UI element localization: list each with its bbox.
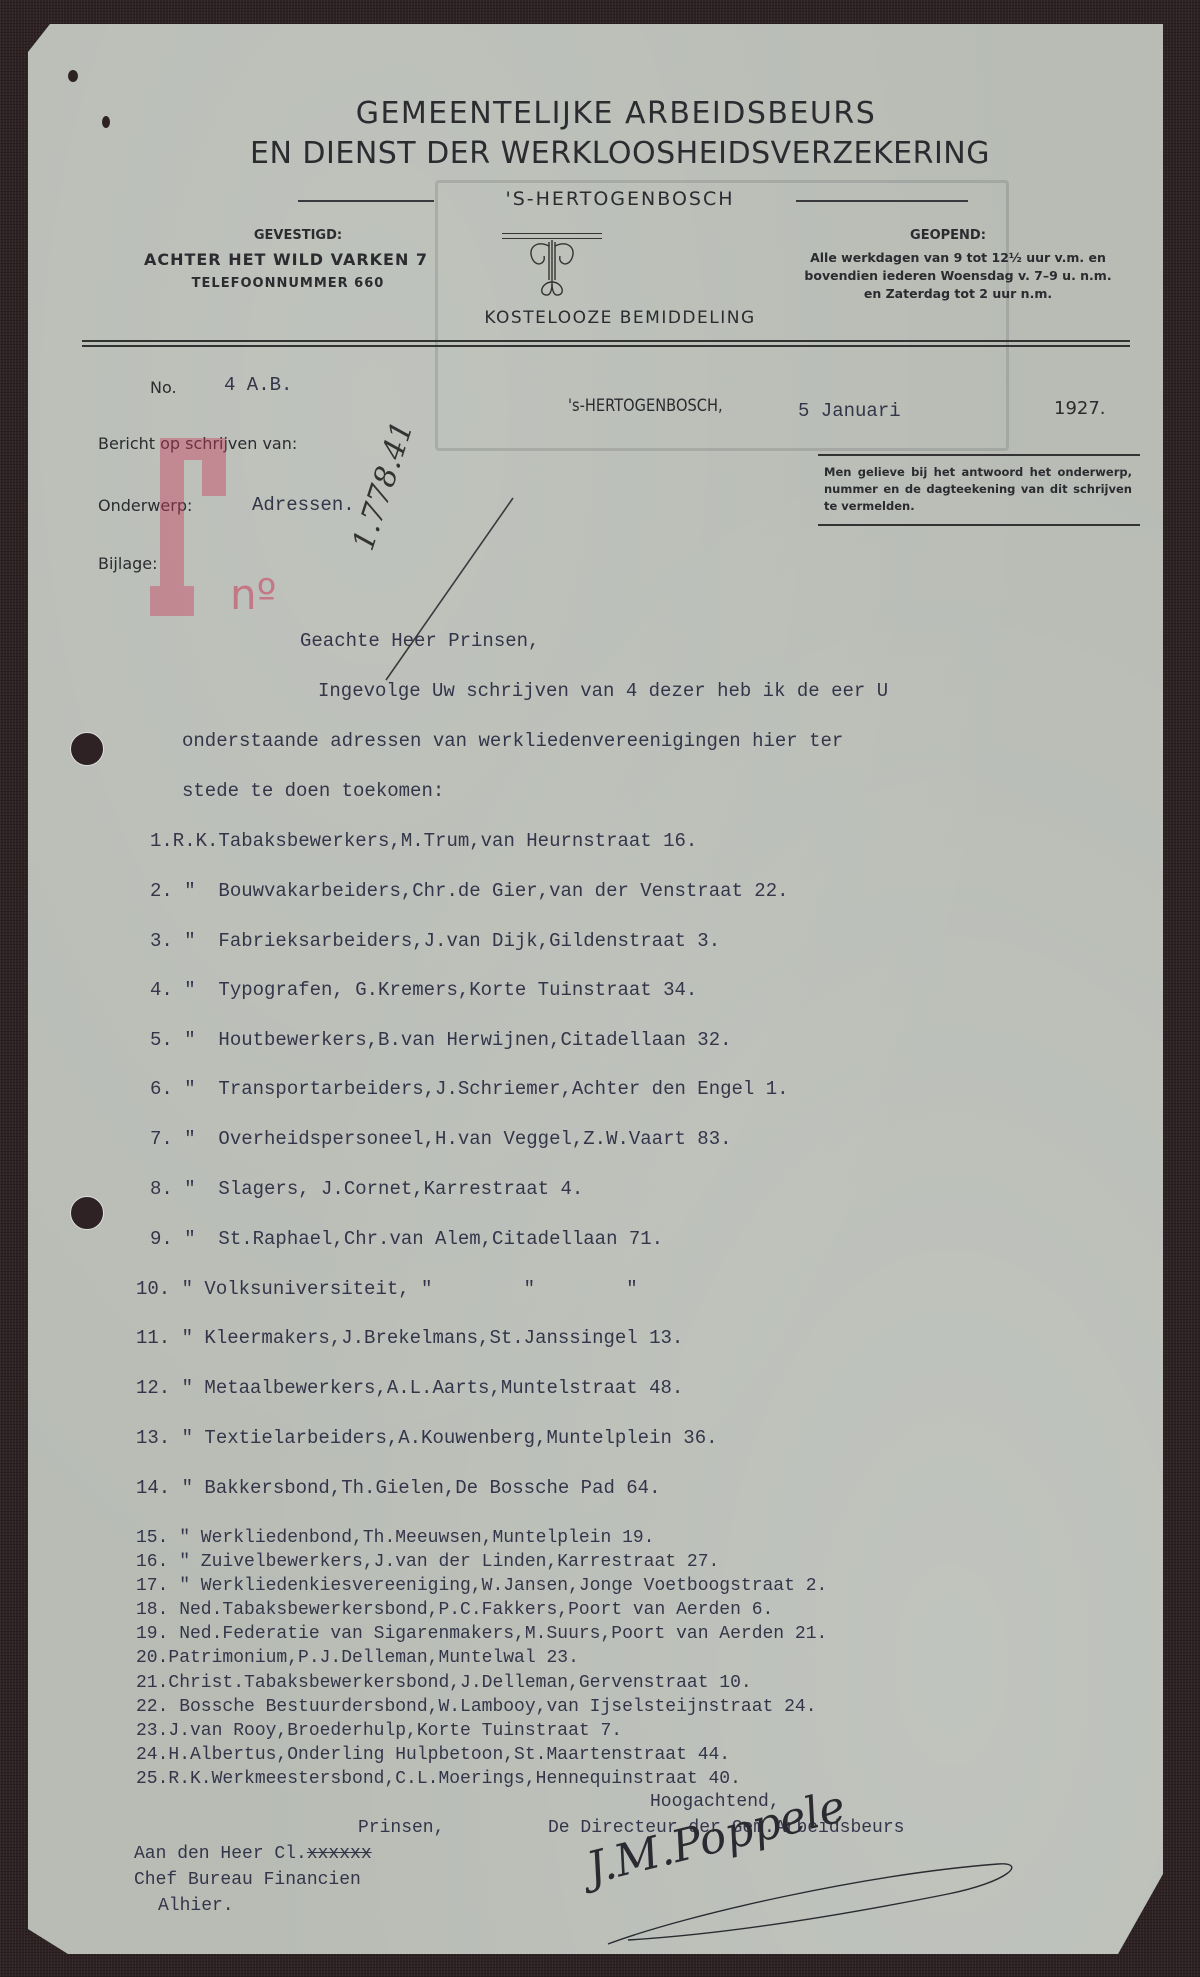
signature-flourish (568, 1854, 1018, 1964)
list-item: 13. " Textielarbeiders,A.Kouwenberg,Munt… (136, 1427, 718, 1449)
paragraph-line3: stede te doen toekomen: (182, 780, 444, 802)
letterhead-double-rule (82, 340, 1130, 347)
gevestigd-label: GEVESTIGD: (218, 228, 378, 243)
list-item: 9. " St.Raphael,Chr.van Alem,Citadellaan… (150, 1228, 663, 1250)
letterhead-title-line1: GEMEENTELIJKE ARBEIDSBEURS (28, 96, 1182, 131)
list-item: 5. " Houtbewerkers,B.van Herwijnen,Citad… (150, 1029, 732, 1051)
damage-spot (68, 70, 78, 82)
recipient-struck-name: xxxxxx (307, 1844, 372, 1864)
opening-hours-line3: en Zaterdag tot 2 uur n.m. (768, 285, 1148, 303)
letter-date: 5 Januari (798, 400, 901, 422)
notice-rule-top (818, 454, 1140, 456)
list-item: 3. " Fabrieksarbeiders,J.van Dijk,Gilden… (150, 930, 720, 952)
city-rule-right (796, 200, 968, 202)
list-item: 19. Ned.Federatie van Sigarenmakers,M.Su… (136, 1624, 827, 1644)
reply-notice: Men gelieve bij het antwoord het onderwe… (824, 464, 1132, 515)
place-label: 's-HERTOGENBOSCH, (568, 396, 723, 416)
subject-value: Adressen. (252, 494, 355, 516)
list-item: 6. " Transportarbeiders,J.Schriemer,Acht… (150, 1078, 789, 1100)
list-item: 23.J.van Rooy,Broederhulp,Korte Tuinstra… (136, 1721, 622, 1741)
list-item: 18. Ned.Tabaksbewerkersbond,P.C.Fakkers,… (136, 1600, 773, 1620)
list-item: 1.R.K.Tabaksbewerkers,M.Trum,van Heurnst… (150, 830, 697, 852)
punch-hole-bottom (70, 1196, 104, 1230)
list-item: 21.Christ.Tabaksbewerkersbond,J.Delleman… (136, 1673, 752, 1693)
service-tagline: KOSTELOOZE BEMIDDELING (28, 308, 1182, 328)
list-item: 24.H.Albertus,Onderling Hulpbetoon,St.Ma… (136, 1745, 730, 1765)
list-item: 8. " Slagers, J.Cornet,Karrestraat 4. (150, 1178, 583, 1200)
list-item: 20.Patrimonium,P.J.Delleman,Muntelwal 23… (136, 1648, 579, 1668)
opening-hours: Alle werkdagen van 9 tot 12½ uur v.m. en… (768, 249, 1148, 303)
list-item: 16. " Zuivelbewerkers,J.van der Linden,K… (136, 1552, 719, 1572)
punch-hole-top (70, 732, 104, 766)
recipient-line2: Chef Bureau Financien (134, 1870, 361, 1890)
geopend-label: GEOPEND: (878, 228, 1018, 243)
office-address: ACHTER HET WILD VARKEN 7 (106, 250, 466, 269)
list-item: 7. " Overheidspersoneel,H.van Veggel,Z.W… (150, 1128, 732, 1150)
recipient-line1: Aan den Heer Cl.xxxxxx (134, 1844, 372, 1864)
letter-page: GEMEENTELIJKE ARBEIDSBEURS EN DIENST DER… (28, 24, 1182, 1954)
list-item: 14. " Bakkersbond,Th.Gielen,De Bossche P… (136, 1477, 661, 1499)
notice-rule-bottom (818, 524, 1140, 526)
reference-number: 4 A.B. (224, 374, 292, 396)
recipient-salutation: Aan den Heer Cl. (134, 1844, 307, 1864)
salutation: Geachte Heer Prinsen, (300, 630, 539, 652)
list-item: 22. Bossche Bestuurdersbond,W.Lambooy,va… (136, 1697, 817, 1717)
list-item: 17. " Werkliedenkiesvereeniging,W.Jansen… (136, 1576, 827, 1596)
list-item: 15. " Werkliedenbond,Th.Meeuwsen,Muntelp… (136, 1528, 654, 1548)
letterhead-title-line2: EN DIENST DER WERKLOOSHEIDSVERZEKERING (28, 136, 1182, 171)
list-item: 10. " Volksuniversiteit, " " " (136, 1278, 638, 1300)
pencil-slash-mark (378, 494, 518, 684)
paragraph-line2: onderstaande adressen van werkliedenvere… (182, 730, 843, 752)
letterhead-city: 'S-HERTOGENBOSCH (28, 188, 1182, 210)
bijlage-label: Bijlage: (98, 554, 158, 573)
opening-hours-line1: Alle werkdagen van 9 tot 12½ uur v.m. en (768, 249, 1148, 267)
recipient-line3: Alhier. (158, 1896, 234, 1916)
letter-year: 1927. (1054, 398, 1106, 419)
damage-spot (102, 116, 110, 128)
red-f-stamp-icon (150, 438, 226, 616)
list-item: 11. " Kleermakers,J.Brekelmans,St.Janssi… (136, 1327, 683, 1349)
no-label: No. (150, 378, 177, 397)
opening-hours-line2: bovendien iederen Woensdag v. 7–9 u. n.m… (768, 267, 1148, 285)
office-telephone: TELEFOONNUMMER 660 (158, 276, 418, 291)
paragraph-line1: Ingevolge Uw schrijven van 4 dezer heb i… (318, 680, 888, 702)
list-item: 2. " Bouwvakarbeiders,Chr.de Gier,van de… (150, 880, 789, 902)
list-item: 12. " Metaalbewerkers,A.L.Aarts,Muntelst… (136, 1377, 683, 1399)
list-item: 4. " Typografen, G.Kremers,Korte Tuinstr… (150, 979, 697, 1001)
recipient-correction: Prinsen, (358, 1818, 444, 1838)
red-no-stamp: nº (230, 570, 276, 619)
list-item: 25.R.K.Werkmeestersbond,C.L.Moerings,Hen… (136, 1769, 741, 1789)
monogram-ornament-icon (524, 238, 580, 298)
